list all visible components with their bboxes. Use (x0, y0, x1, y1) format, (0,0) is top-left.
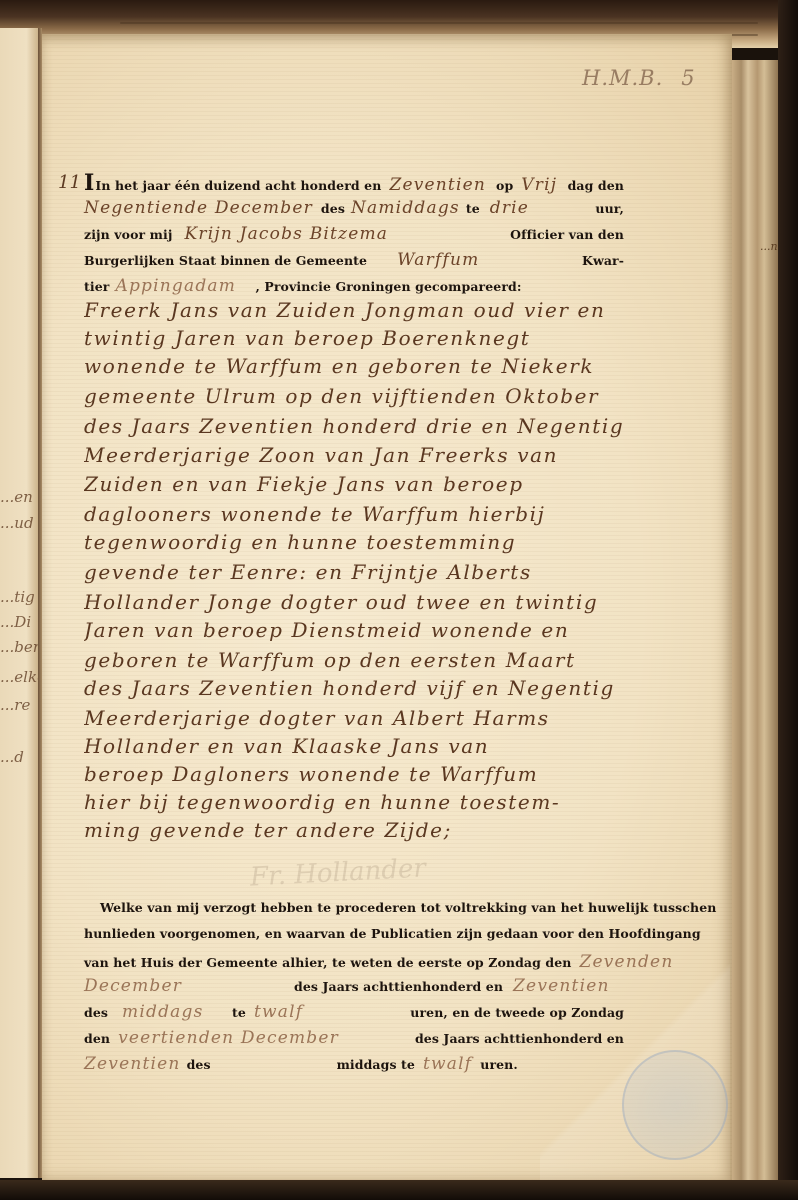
handwritten-line: hier bij tegenwoordig en hunne toestem- (84, 790, 674, 814)
handwritten-line: Meerderjarige Zoon van Jan Freerks van (84, 443, 674, 467)
printed-text: dag den (568, 178, 624, 193)
printed-text: den (84, 1031, 110, 1046)
left-page-fragment: ...tig (0, 588, 35, 606)
handwritten-line: wonende te Warffum en geboren te Niekerk (84, 354, 674, 378)
handwritten-line: gemeente Ulrum op den vijftienden Oktobe… (84, 384, 674, 408)
printed-text: des Jaars achttienhonderd en (294, 979, 503, 994)
handwritten-line: Freerk Jans van Zuiden Jongman oud vier … (84, 298, 674, 322)
printed-text: des (84, 1005, 108, 1020)
handwritten-weekday: Vrij (521, 175, 557, 195)
header-line-4: Burgerlijken Staat binnen de Gemeente Wa… (84, 250, 624, 270)
printed-text: Officier van den (510, 227, 624, 242)
handwritten-line: twintig Jaren van beroep Boerenknegt (84, 326, 674, 350)
printed-text: IIn het jaar één duizend acht honderd en (84, 172, 381, 194)
handwritten-quarter: Appingadam (115, 276, 255, 296)
handwritten-year: Zeventien (389, 175, 486, 195)
folio-mark: H.M.B.5 (582, 66, 696, 90)
faded-stamp-seal (622, 1050, 728, 1160)
handwritten-line: des Jaars Zeventien honderd drie en Nege… (84, 414, 674, 438)
handwritten-year: Zeventien (84, 1054, 181, 1074)
printed-text: uren. (480, 1057, 518, 1072)
left-page-fragment: ...re (0, 696, 30, 714)
printed-text: Burgerlijken Staat binnen de Gemeente (84, 253, 367, 268)
handwritten-line: daglooners wonende te Warffum hierbij (84, 502, 674, 526)
handwritten-second-sunday: veertienden December (118, 1028, 339, 1048)
handwritten-municipality: Warffum (397, 250, 479, 270)
printed-text: Welke van mij verzogt hebben te proceder… (100, 900, 716, 915)
handwritten-line: beroep Dagloners wonende te Warffum (84, 762, 674, 786)
printed-text: tier (84, 279, 109, 294)
handwritten-line: Hollander en van Klaaske Jans van (84, 734, 674, 758)
left-page-fragment: ...ud (0, 514, 34, 532)
handwritten-line: Meerderjarige dogter van Albert Harms (84, 706, 674, 730)
handwritten-line: gevende ter Eenre: en Frijntje Alberts (84, 560, 674, 584)
handwritten-line: Zuiden en van Fiekje Jans van beroep (84, 472, 674, 496)
folio-letters: H.M.B. (582, 66, 663, 90)
printed-text: van het Huis der Gemeente alhier, te wet… (84, 955, 571, 970)
handwritten-line: tegenwoordig en hunne toestemming (84, 530, 674, 554)
handwritten-hour: twalf (423, 1054, 472, 1074)
printed-text: des (321, 201, 345, 216)
printed-text: middags te (337, 1057, 415, 1072)
header-line-2: Negentiende December des Namiddags te dr… (84, 198, 624, 218)
printed-text: zijn voor mij (84, 227, 172, 242)
printed-text: op (496, 178, 513, 193)
handwritten-part-of-day: middags (122, 1002, 232, 1022)
page-edge-line (120, 22, 758, 24)
handwritten-line: des Jaars Zeventien honderd vijf en Nege… (84, 676, 674, 700)
handwritten-line: Jaren van beroep Dienstmeid wonende en (84, 618, 674, 642)
printed-text: , Provincie Groningen gecompareerd: (255, 279, 521, 294)
handwritten-line: Hollander Jonge dogter oud twee en twint… (84, 590, 674, 614)
printed-text: te (232, 1005, 246, 1020)
left-page-fragment: ...Di (0, 613, 31, 631)
book-bottom-edge (0, 1180, 798, 1200)
printed-text: des (187, 1057, 337, 1072)
folio-number: 5 (681, 66, 695, 90)
printed-text: hunlieden voorgenomen, en waarvan de Pub… (84, 926, 701, 941)
entry-number: 11 (58, 172, 81, 193)
printed-text: uur, (595, 201, 624, 216)
header-line-5: tier Appingadam , Provincie Groningen ge… (84, 276, 624, 296)
printed-text: te (466, 201, 480, 216)
publication-line-2: hunlieden voorgenomen, en waarvan de Pub… (84, 926, 624, 941)
left-page-fragment: ...d (0, 748, 24, 766)
handwritten-line: geboren te Warffum op den eersten Maart (84, 648, 674, 672)
book-cover-right (778, 0, 798, 1200)
left-page: ...en ...ud ...tig ...Di ...beroe ...elk… (0, 28, 38, 1178)
publication-line-1: Welke van mij verzogt hebben te proceder… (100, 900, 624, 915)
handwritten-part-of-day: Namiddags (351, 198, 460, 218)
handwritten-line: ming gevende ter andere Zijde; (84, 818, 674, 842)
printed-text: Kwar- (582, 253, 624, 268)
header-line-3: zijn voor mij Krijn Jacobs Bitzema Offic… (84, 224, 624, 244)
handwritten-date: Negentiende December (84, 198, 313, 218)
drop-cap: I (84, 170, 94, 196)
left-page-fragment: ...en (0, 488, 33, 506)
handwritten-hour: drie (490, 198, 529, 218)
header-line-1: IIn het jaar één duizend acht honderd en… (84, 172, 624, 195)
handwritten-officer-name: Krijn Jacobs Bitzema (184, 224, 388, 244)
stacked-page-edges: ...ng (732, 60, 778, 1185)
handwritten-hour: twalf (254, 1002, 334, 1022)
handwritten-month: December (84, 976, 294, 996)
